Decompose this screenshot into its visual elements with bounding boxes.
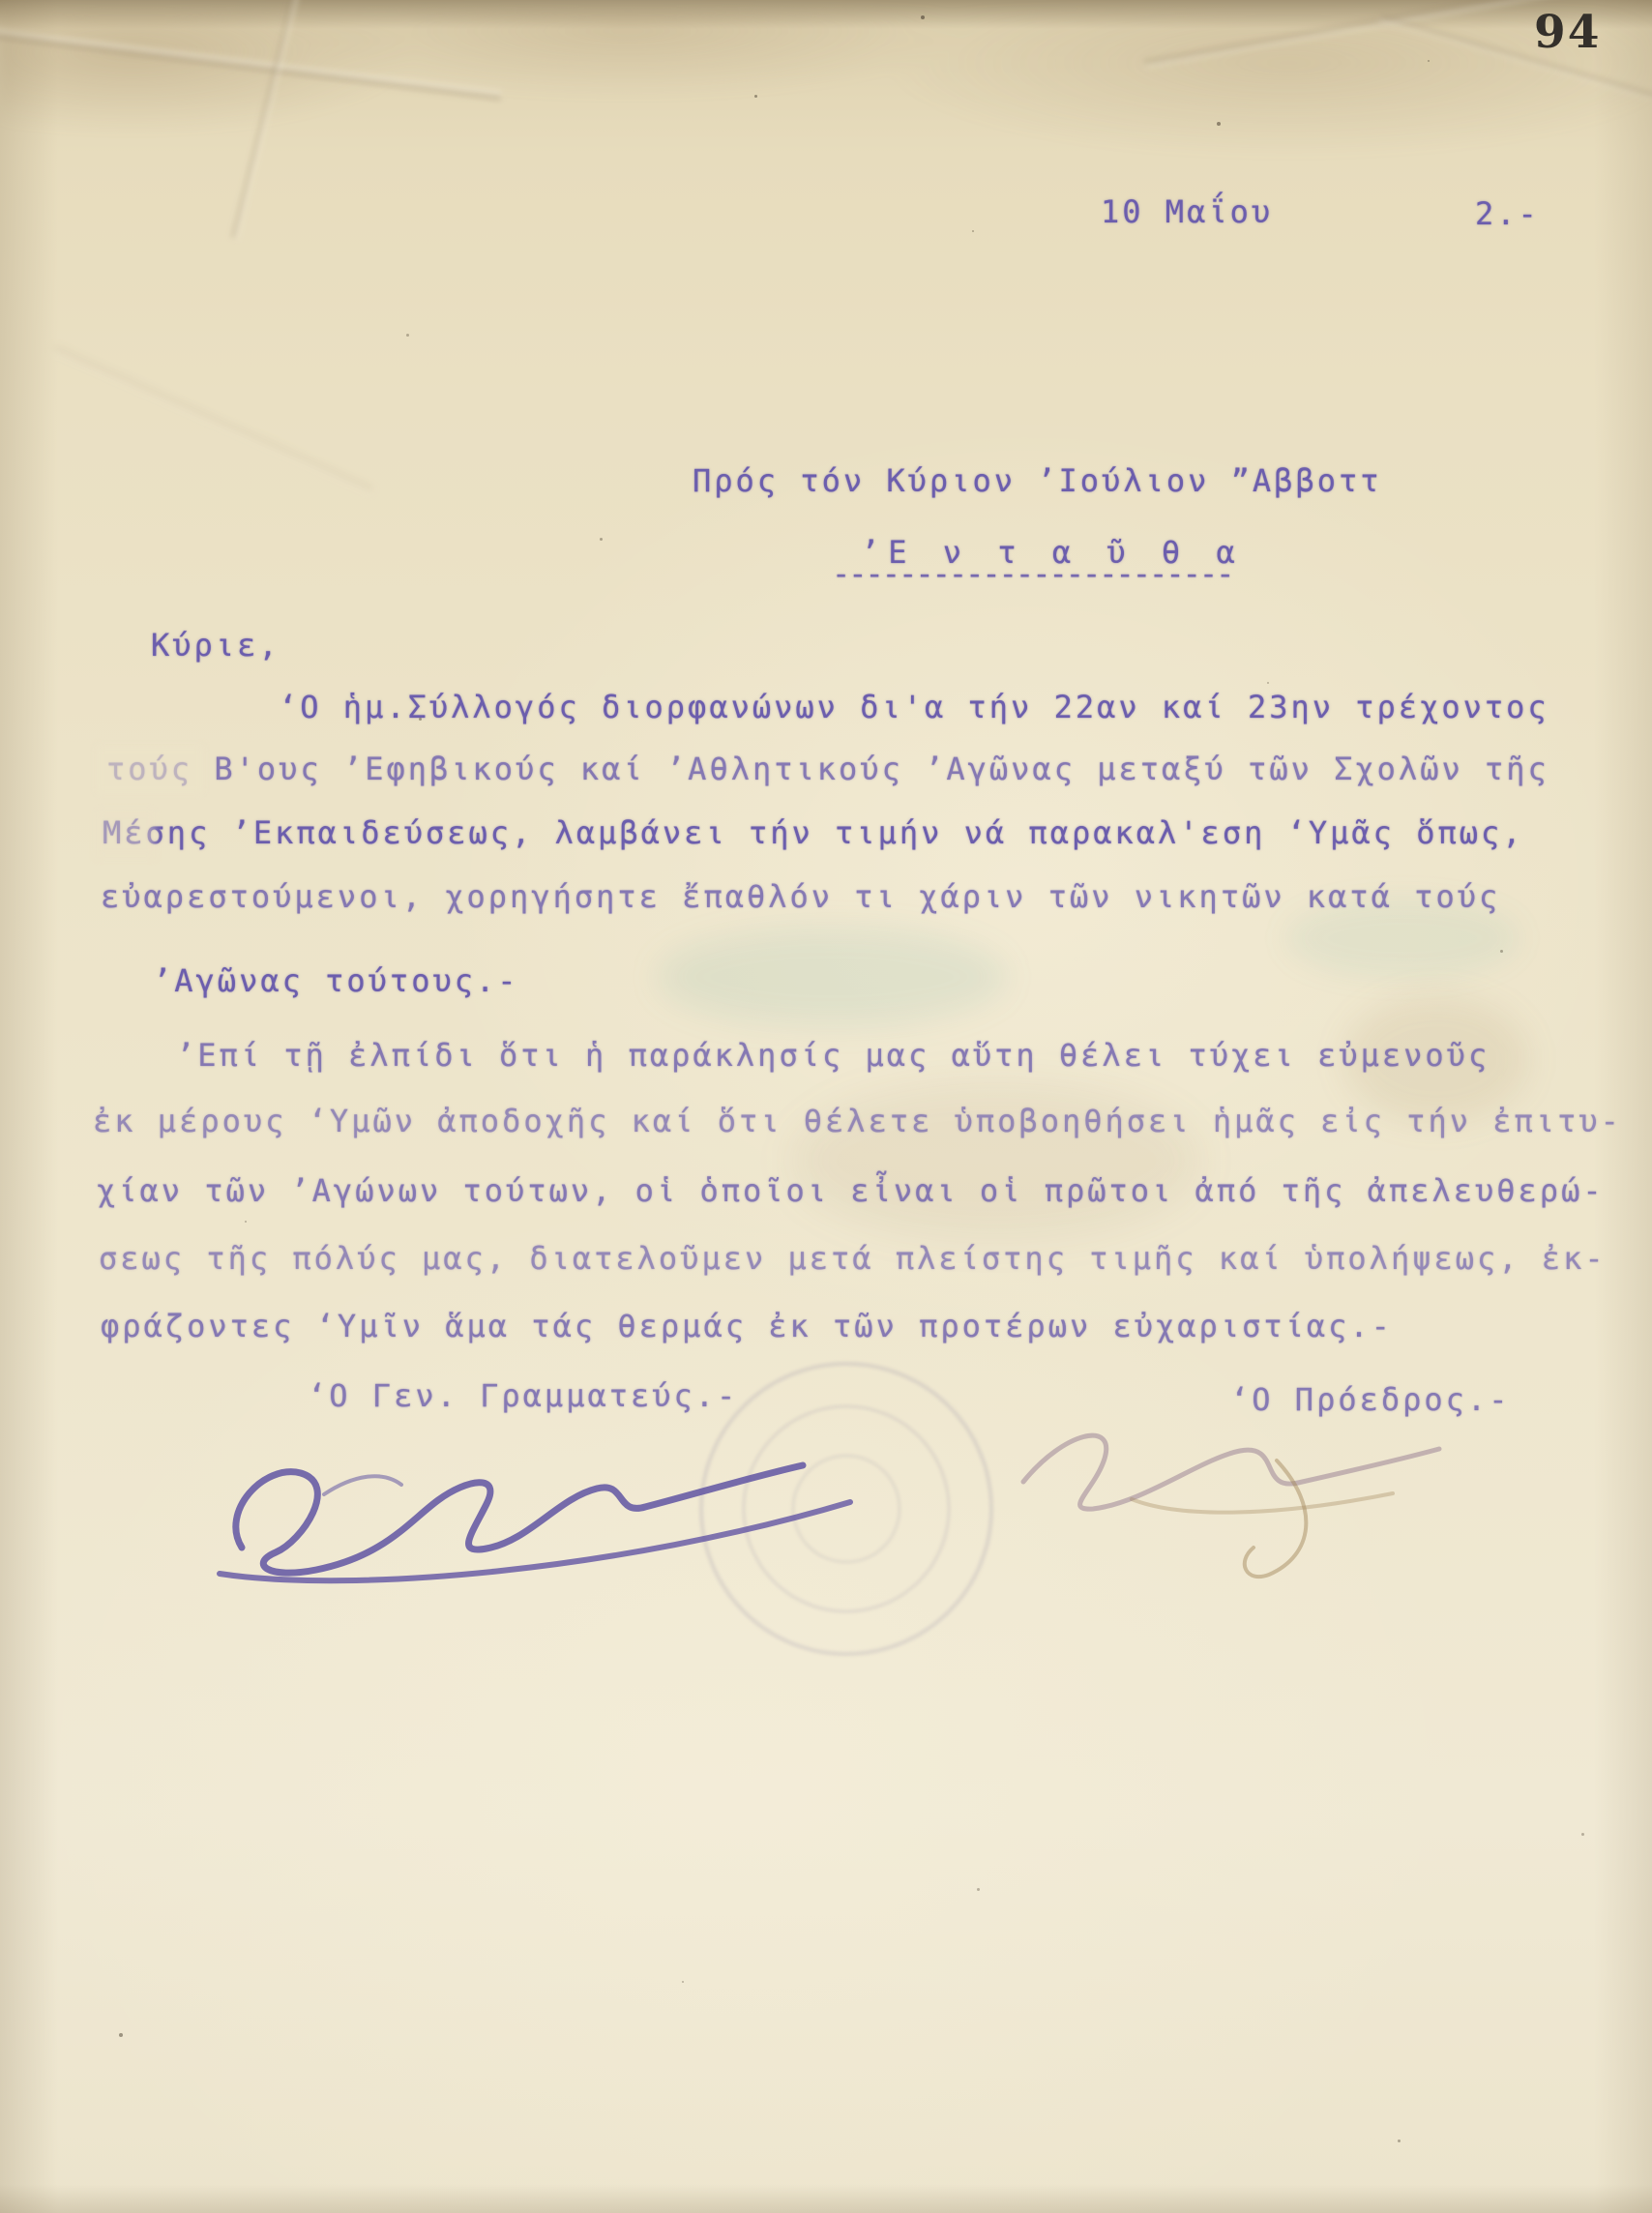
crease-line	[52, 345, 373, 494]
paper-speck	[245, 1221, 247, 1223]
letter-page: 94 10 Μαΐου 2.- Πρός τόν Κύριον ’Ιούλιον…	[0, 0, 1652, 2213]
teal-smudge	[658, 929, 1006, 1025]
paper-speck	[1217, 122, 1221, 126]
top-wrinkle-band	[0, 10, 1652, 222]
paper-speck	[1581, 1833, 1584, 1836]
president-title: ‘Ο Πρόεδρος.-	[1230, 1381, 1510, 1418]
left-edge-shade	[0, 0, 58, 2213]
paper-speck	[1267, 682, 1269, 684]
paper-speck	[972, 230, 974, 232]
body-line: Μέσης ’Εκπαιδεύσεως, λαμβάνει τήν τιμήν …	[103, 814, 1524, 851]
paper-speck	[600, 538, 603, 541]
body-line: χίαν τῶν ’Αγώνων τούτων, οἱ ὁποῖοι εἶναι…	[97, 1172, 1605, 1209]
body-line: ’Επί τῇ ἐλπίδι ὅτι ἡ παράκλησίς μας αὕτη…	[176, 1037, 1490, 1074]
recipient-underline: ------------------------	[832, 555, 1232, 592]
paper-speck	[1428, 60, 1430, 62]
body-line: τούς Β'ους ’Εφηβικούς καί ’Αθλητικούς ’Α…	[106, 751, 1549, 787]
paper-speck	[754, 95, 757, 98]
paper-speck	[119, 2033, 123, 2037]
date-year: 2.-	[1475, 195, 1540, 232]
paper-speck	[977, 1888, 980, 1891]
paper-speck	[921, 15, 925, 19]
date-day-month: 10 Μαΐου	[1101, 193, 1273, 230]
crease-line	[1378, 15, 1652, 110]
paper-speck	[1500, 950, 1503, 953]
salutation: Κύριε,	[151, 627, 280, 664]
body-line: ἐκ μέρους ‘Υμῶν ἀποδοχῆς καί ὅτι θέλετε …	[93, 1103, 1622, 1139]
bottom-edge-shade	[0, 2184, 1652, 2213]
body-line: ’Αγῶνας τούτους.-	[153, 962, 519, 999]
recipient-line-1: Πρός τόν Κύριον ’Ιούλιον ”Αββοττ	[693, 462, 1382, 499]
crease-line	[231, 0, 300, 239]
secretary-title: ‘Ο Γεν. Γραμματεύς.-	[308, 1377, 738, 1414]
page-number: 94	[1534, 6, 1601, 59]
paper-speck	[1398, 2139, 1401, 2142]
body-line: ‘Ο ἡμ.Σύλλογός διορφανώνων δι'α τήν 22αν…	[279, 689, 1549, 725]
body-line: φράζοντες ‘Υμῖν ἅμα τάς θερμάς ἐκ τῶν πρ…	[101, 1308, 1393, 1344]
paper-speck	[406, 334, 409, 337]
body-line: εὐαρεστούμενοι, χορηγήσητε ἔπαθλόν τι χά…	[101, 878, 1500, 915]
crease-line	[0, 25, 502, 101]
top-edge-shadow	[0, 0, 1652, 29]
paper-speck	[682, 1981, 684, 1983]
president-signature	[987, 1393, 1490, 1596]
body-line: σεως τῆς πόλύς μας, διατελοῦμεν μετά πλε…	[99, 1240, 1607, 1277]
secretary-signature	[208, 1407, 866, 1610]
